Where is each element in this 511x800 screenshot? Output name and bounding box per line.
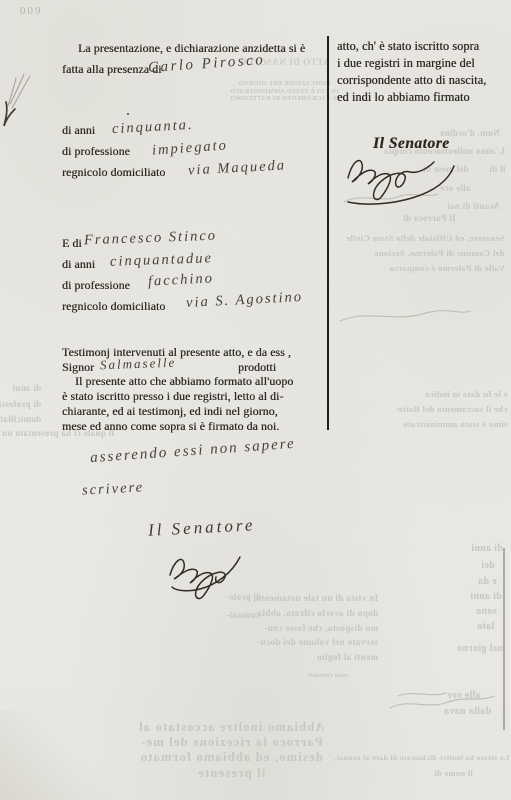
person1-age-handwritten: cinquanta. xyxy=(112,117,194,138)
handwritten-note-line1: asserendo essi non sapere xyxy=(90,436,297,467)
bleed-sono-correnti: sono correnti xyxy=(308,672,348,679)
senator-title-handwritten: Il Senatore xyxy=(148,515,256,541)
bleed-field-item: di anni xyxy=(471,543,503,554)
bleed-field-item: di anni xyxy=(470,591,502,602)
bleed-squiggle xyxy=(336,303,476,327)
person1-profession-label: di professione xyxy=(62,144,130,159)
bleed-vista-block: In vista di un tale notamento, dopo di a… xyxy=(253,592,378,666)
person2-age-label: di anni xyxy=(62,257,95,272)
margin-ink-scribble xyxy=(0,68,40,132)
witness-name-handwritten: Salmaselle xyxy=(100,355,177,374)
person1-age-label: di anni xyxy=(62,123,95,138)
bleed-parroco-line: Il Parroco di xyxy=(403,213,456,223)
bleed-field-item: lato xyxy=(477,621,494,632)
bleed-official-block: Senatore, ed Uffiziale dello Stato Civil… xyxy=(346,231,505,275)
bleed-declaration-list: di anni di professione domiciliato xyxy=(0,381,41,428)
ink-speckle xyxy=(127,113,129,115)
prodotti-label: prodotti xyxy=(238,360,276,375)
scanned-document-page: ATTO DI NASCITA INDICAZIONE DEL GIORNO I… xyxy=(0,0,511,800)
bleed-bottom-name-line: il nome di xyxy=(434,768,473,778)
signor-label: Signor xyxy=(62,360,94,375)
column-divider-rule xyxy=(327,36,329,430)
closing-paragraph: Il presente atto che abbiamo formato all… xyxy=(62,374,293,434)
senator-signature-right xyxy=(334,150,506,212)
person2-domicile-label: regnicolo domiciliato xyxy=(62,299,165,314)
person1-domicile-label: regnicolo domiciliato xyxy=(62,165,165,180)
intro-line-2: fatta alla presenza di xyxy=(62,62,161,77)
corner-page-number: 600 xyxy=(18,4,41,16)
page-edge-shadow xyxy=(503,548,505,730)
bleed-field-item: e da xyxy=(478,576,497,587)
bleed-field-item: nel giorno xyxy=(457,643,503,654)
person2-profession-label: di professione xyxy=(62,278,130,293)
person2-intro-label: E di xyxy=(62,236,82,251)
person2-domicile-handwritten: via S. Agostino xyxy=(186,289,304,312)
person2-profession-handwritten: facchino xyxy=(148,270,215,290)
corner-shading xyxy=(0,710,140,800)
person2-name-handwritten: Francesco Stinco xyxy=(84,228,218,250)
bleed-field-item: dei xyxy=(481,560,495,571)
bleed-bottom-line: Lo stesso ha inoltre dichiarato di dare … xyxy=(334,753,509,762)
person2-age-handwritten: cinquantadue xyxy=(110,250,213,271)
right-column-paragraph: atto, ch' è stato iscritto sopra i due r… xyxy=(337,38,486,106)
person1-domicile-handwritten: via Maqueda xyxy=(188,157,287,179)
bleed-header-block: INDICAZIONE DEL GIORNO IN CUI È STATO AM… xyxy=(230,80,339,103)
intro-line-1: La presentazione, e dichiarazione anzide… xyxy=(78,41,305,56)
witnesses-line: Testimonj intervenuti al presente atto, … xyxy=(62,345,291,360)
bleed-bottom-block: Abbiamo inoltre accostato al Parroco la … xyxy=(138,720,324,781)
handwritten-note-line2: scrivere xyxy=(82,479,145,499)
bleed-field-item: sono xyxy=(476,606,497,617)
bleed-squiggle xyxy=(388,688,498,714)
bleed-declaration-right: e le fu dato in indica che il sacramento… xyxy=(395,387,507,431)
senator-signature-bottom xyxy=(162,545,272,600)
person1-profession-handwritten: impiegato xyxy=(151,137,228,159)
